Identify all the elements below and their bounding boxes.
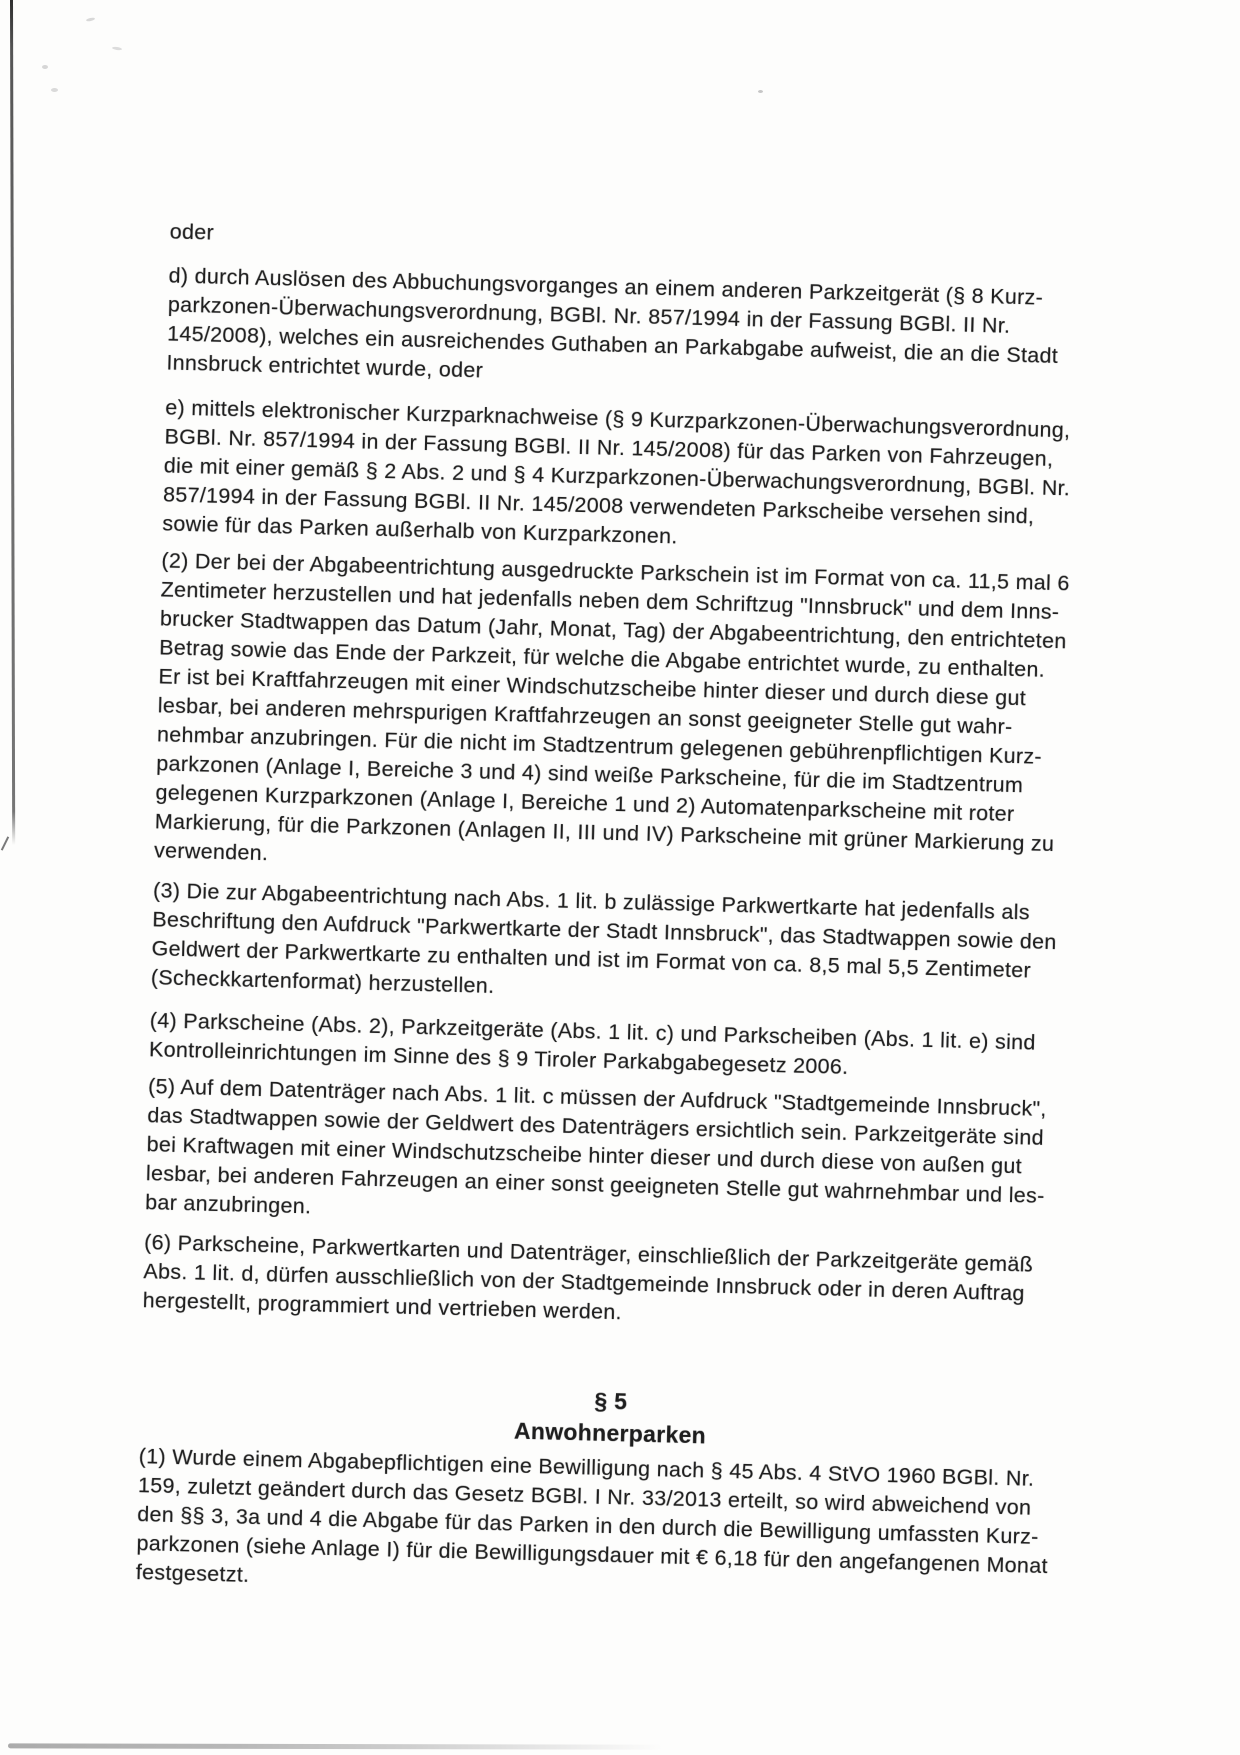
scanned-page: oder d) durch Auslösen des Abbuchungsvor… [0,0,1240,1755]
scan-speck [51,88,58,92]
scan-edge-line-hook [1,836,9,850]
document-body: oder d) durch Auslösen des Abbuchungsvor… [135,217,1175,1622]
paragraph-abs-5: (5) Auf dem Datenträger nach Abs. 1 lit.… [145,1072,1153,1242]
scan-streak-bottom [8,1743,663,1749]
clause-e: e) mittels elektronischer Kurzparknachwe… [162,393,1170,563]
paragraph-abs-2: (2) Der bei der Abgabeentrichtung ausged… [154,546,1167,890]
paragraph-abs-6: (6) Parkscheine, Parkwertkarten und Date… [142,1228,1149,1340]
scan-speck [86,17,95,22]
connector-oder: oder [169,217,1174,271]
scan-edge-line-left [10,0,15,845]
scan-speck [42,65,48,69]
scan-speck [758,90,763,93]
scan-speck [112,46,122,50]
paragraph-abs-1-anwohnerparken: (1) Wurde einem Abgabepflichtigen eine B… [135,1442,1143,1612]
clause-d: d) durch Auslösen des Abbuchungsvorgange… [166,261,1174,402]
paragraph-abs-3: (3) Die zur Abgabeentrichtung nach Abs. … [151,876,1159,1017]
